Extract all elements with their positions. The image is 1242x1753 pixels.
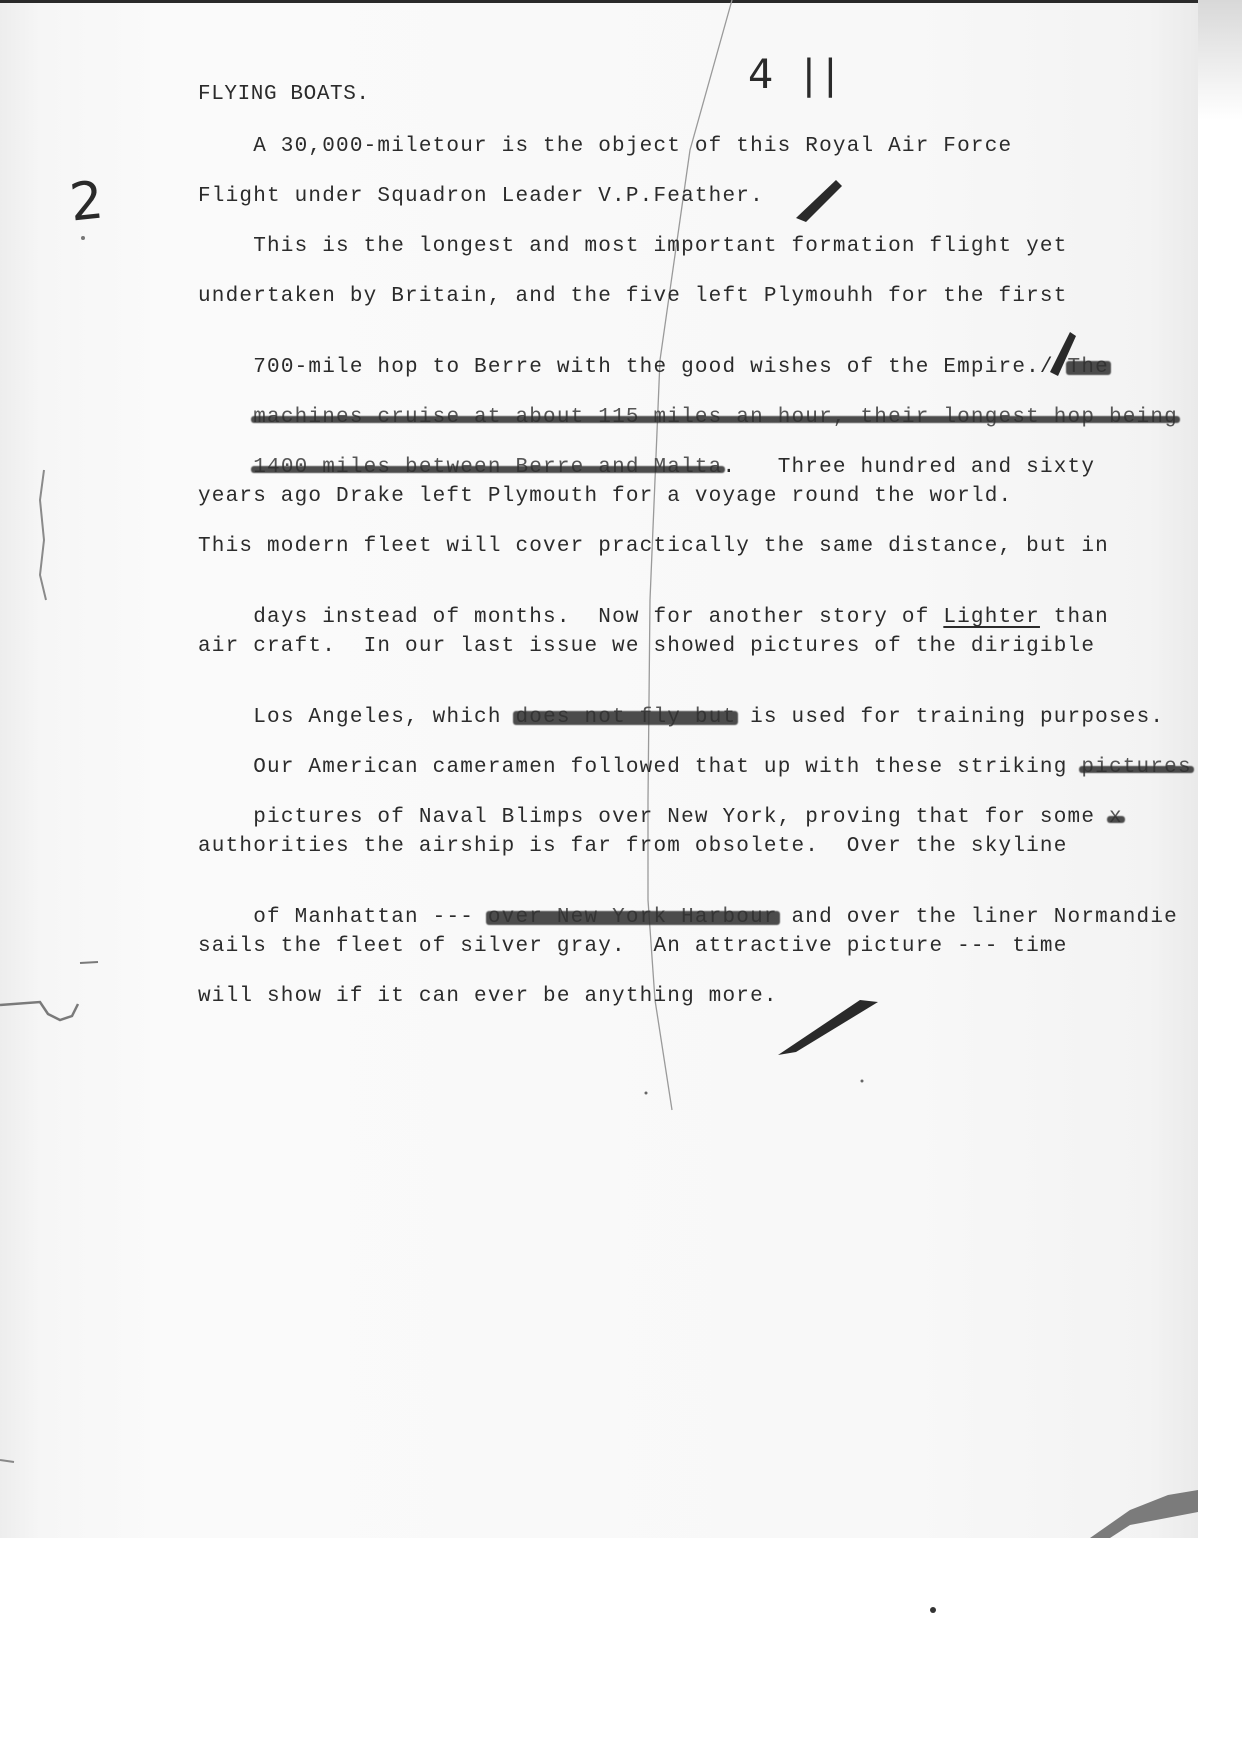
pen-slash-icon (0, 0, 1242, 1753)
scanned-page: 4 || 2 FLYING BOATS. A 30,000-miletour i… (0, 0, 1242, 1753)
